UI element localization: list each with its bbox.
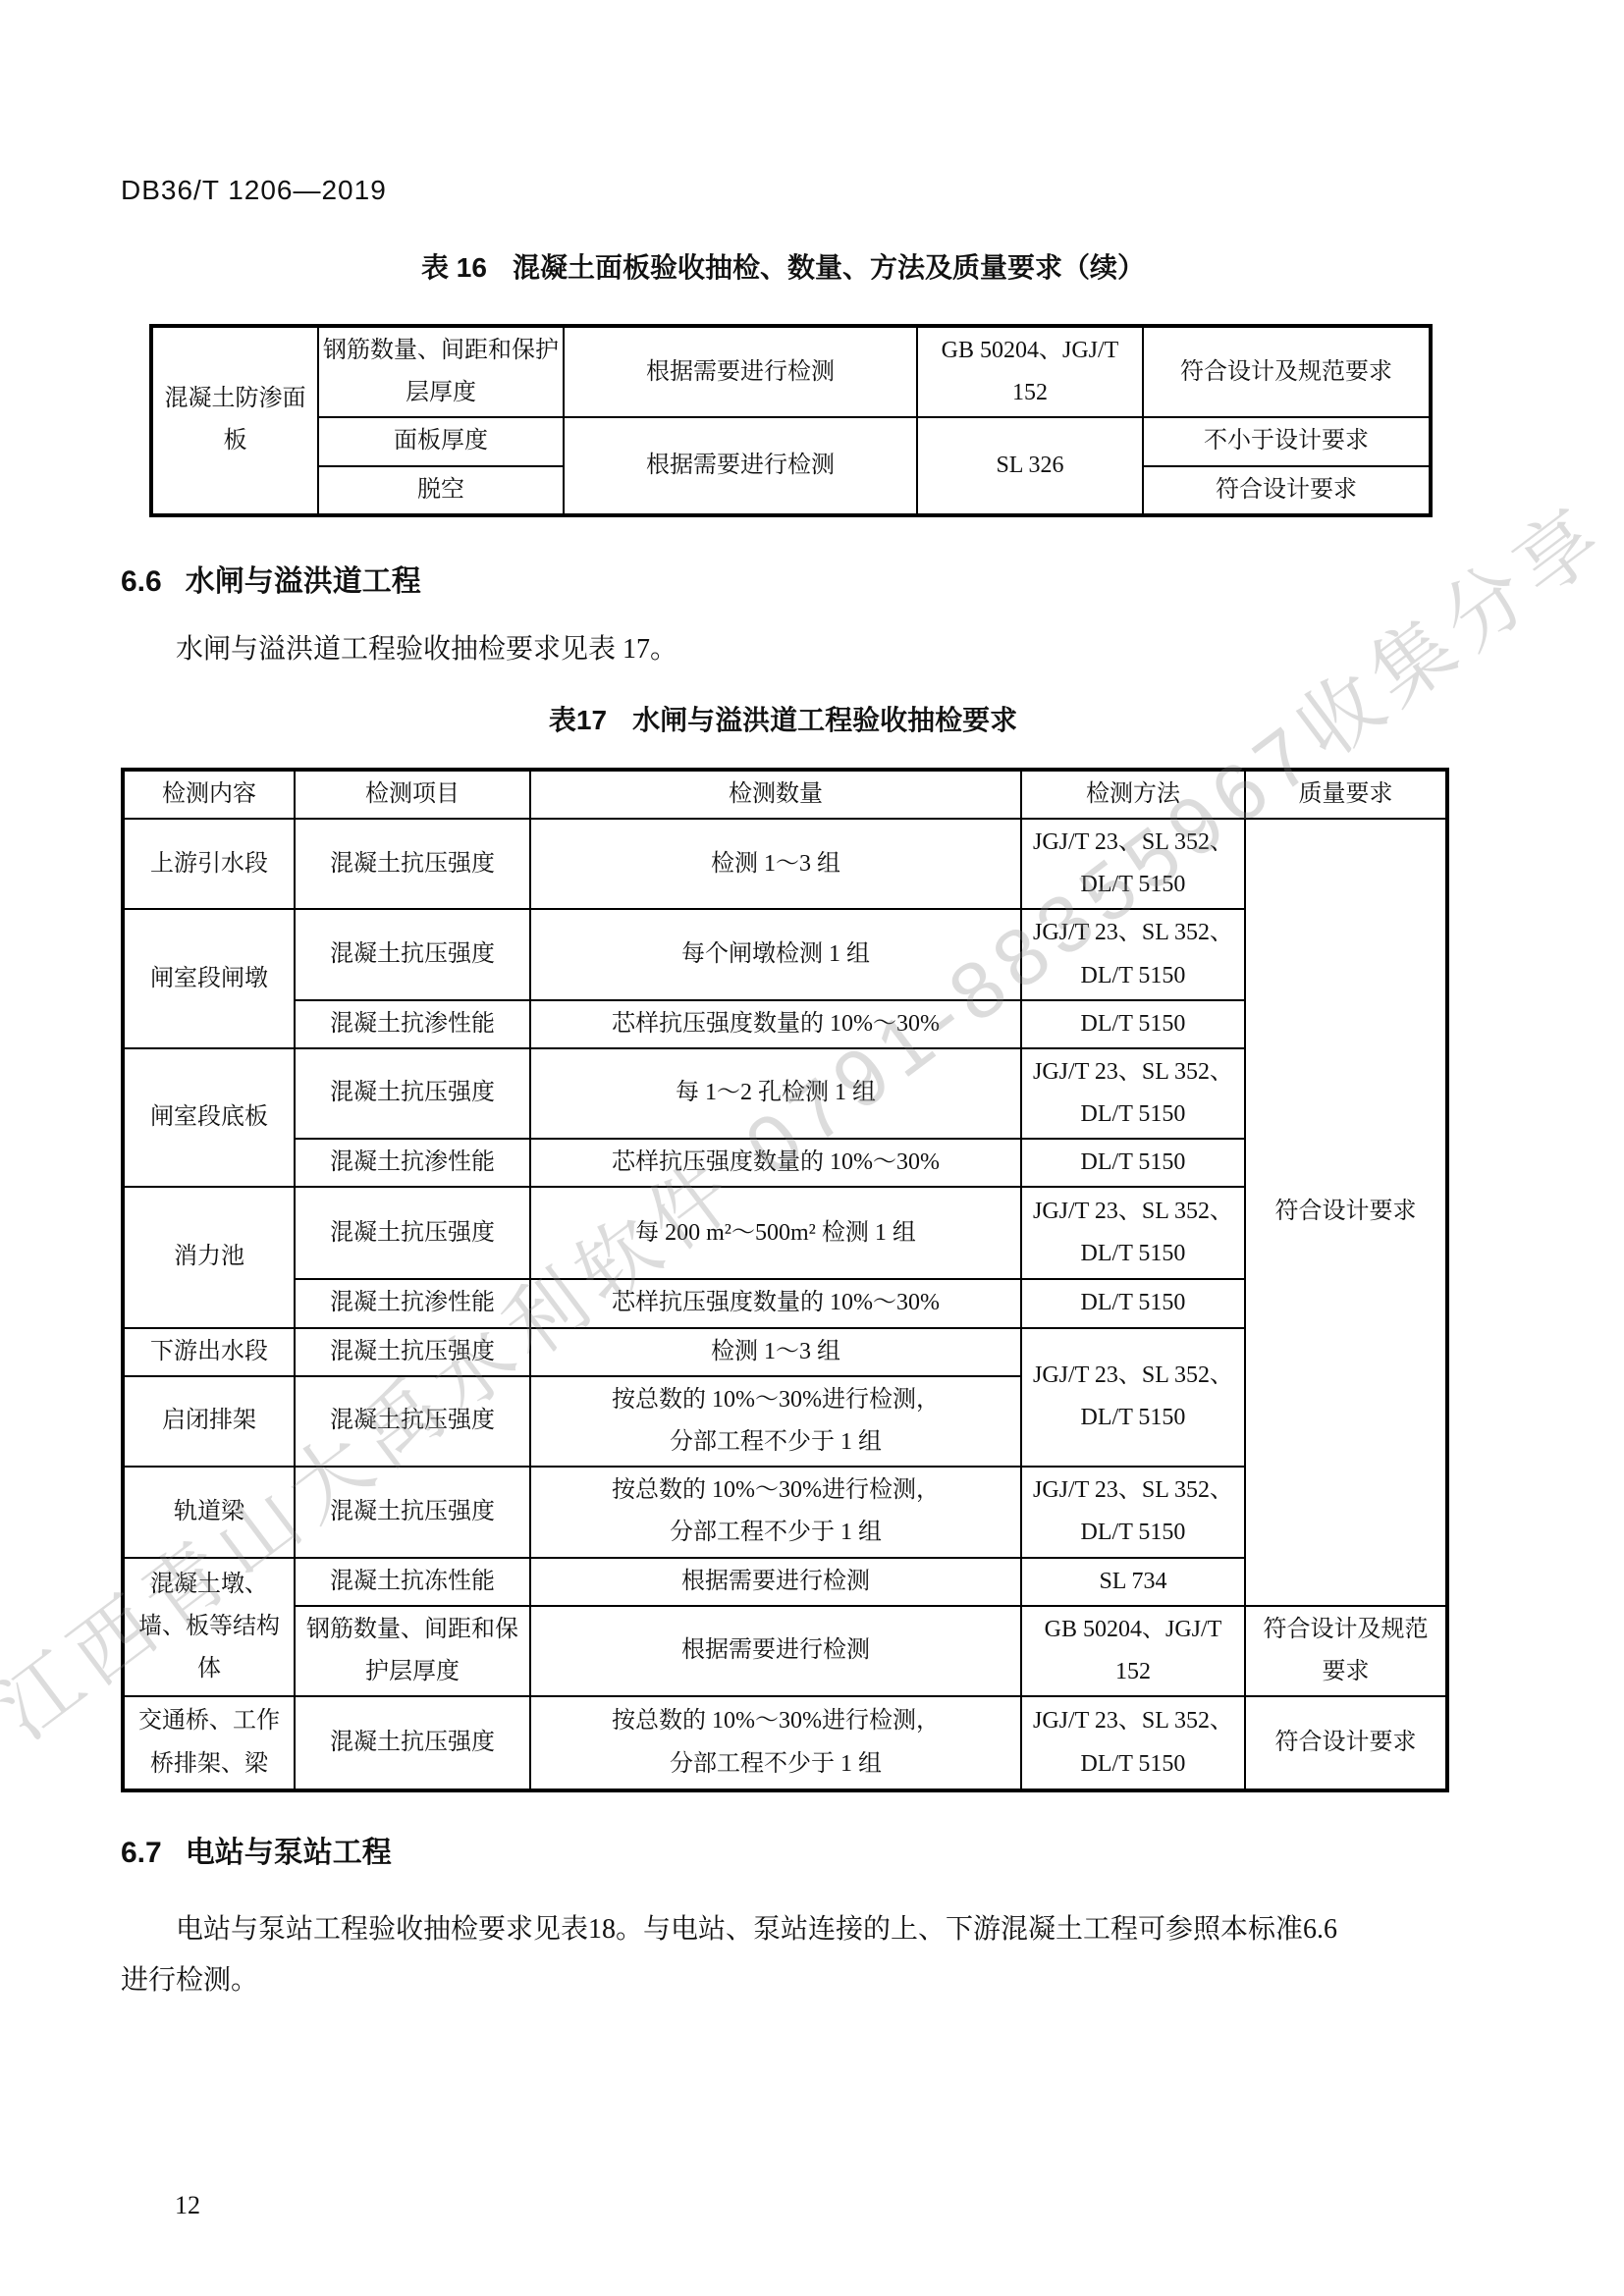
table-cell: 每 200 m²～500m² 检测 1 组 (530, 1187, 1021, 1279)
table-cell: 每个闸墩检测 1 组 (530, 909, 1021, 999)
table-cell: 根据需要进行检测 (530, 1558, 1021, 1606)
table17: 检测内容 检测项目 检测数量 检测方法 质量要求 上游引水段 混凝土抗压强度 检… (121, 768, 1449, 1792)
table17-label: 表17 (549, 705, 607, 735)
table-cell: DL/T 5150 (1021, 1000, 1245, 1048)
section-title: 水闸与溢洪道工程 (186, 565, 421, 598)
table16-title-text: 混凝土面板验收抽检、数量、方法及质量要求（续） (513, 252, 1145, 283)
column-header: 质量要求 (1245, 770, 1447, 819)
table16: 混凝土防渗面板 钢筋数量、间距和保护层厚度 根据需要进行检测 GB 50204、… (149, 324, 1433, 517)
table-cell: 根据需要进行检测 (530, 1606, 1021, 1696)
table-cell: SL 734 (1021, 1558, 1245, 1606)
table-cell: 芯样抗压强度数量的 10%～30% (530, 1139, 1021, 1187)
table-cell: JGJ/T 23、SL 352、DL/T 5150 (1021, 1328, 1245, 1468)
paragraph-text: 水闸与溢洪道工程验收抽检要求见表 17。 (121, 633, 1445, 667)
table17-title-text: 水闸与溢洪道工程验收抽检要求 (632, 705, 1017, 735)
cell-line: 分部工程不少于 1 组 (535, 1421, 1016, 1464)
table-cell: JGJ/T 23、SL 352、DL/T 5150 (1021, 1696, 1245, 1790)
table-cell: GB 50204、JGJ/T 152 (917, 326, 1143, 417)
table-cell: 按总数的 10%～30%进行检测， 分部工程不少于 1 组 (530, 1467, 1021, 1557)
table-cell: SL 326 (917, 417, 1143, 514)
table-cell: 上游引水段 (123, 819, 295, 909)
table-cell: GB 50204、JGJ/T 152 (1021, 1606, 1245, 1696)
page-content: DB36/T 1206—2019 表 16混凝土面板验收抽检、数量、方法及质量要… (0, 0, 1624, 2220)
table-cell: 钢筋数量、间距和保护层厚度 (318, 326, 564, 417)
table-row: 交通桥、工作桥排架、梁 混凝土抗压强度 按总数的 10%～30%进行检测， 分部… (123, 1696, 1447, 1790)
table-cell: 符合设计要求 (1143, 466, 1431, 515)
table-cell: 混凝土墩、墙、板等结构体 (123, 1558, 295, 1697)
table-cell: 脱空 (318, 466, 564, 515)
standard-number-header: DB36/T 1206—2019 (121, 177, 1445, 204)
cell-line: 要求 (1250, 1651, 1441, 1693)
table-row: 面板厚度 根据需要进行检测 SL 326 不小于设计要求 (151, 417, 1431, 465)
table-cell: 混凝土抗压强度 (295, 1048, 530, 1139)
section-title: 电站与泵站工程 (186, 1837, 392, 1869)
table-cell: 不小于设计要求 (1143, 417, 1431, 465)
table-cell: DL/T 5150 (1021, 1279, 1245, 1327)
table-cell: 混凝土抗压强度 (295, 1696, 530, 1790)
table-cell: 混凝土抗渗性能 (295, 1139, 530, 1187)
cell-line: 按总数的 10%～30%进行检测， (535, 1379, 1016, 1421)
column-header: 检测项目 (295, 770, 530, 819)
table-cell: 混凝土抗压强度 (295, 819, 530, 909)
table-cell: DL/T 5150 (1021, 1139, 1245, 1187)
table-cell: 混凝土抗冻性能 (295, 1558, 530, 1606)
table-cell: 混凝土防渗面板 (151, 326, 318, 515)
document-page: DB36/T 1206—2019 表 16混凝土面板验收抽检、数量、方法及质量要… (0, 0, 1624, 2296)
table-cell: 检测 1～3 组 (530, 1328, 1021, 1376)
table-cell: 每 1～2 孔检测 1 组 (530, 1048, 1021, 1139)
table-cell: 符合设计要求 (1245, 819, 1447, 1606)
cell-line: 分部工程不少于 1 组 (535, 1512, 1016, 1554)
table-cell: 混凝土抗压强度 (295, 1376, 530, 1467)
table-cell: 闸室段闸墩 (123, 909, 295, 1048)
table-cell: 芯样抗压强度数量的 10%～30% (530, 1279, 1021, 1327)
column-header: 检测方法 (1021, 770, 1245, 819)
section-6-6-heading: 6.6水闸与溢洪道工程 (121, 566, 1445, 598)
table-row: 上游引水段 混凝土抗压强度 检测 1～3 组 JGJ/T 23、SL 352、D… (123, 819, 1447, 909)
table-cell: 轨道梁 (123, 1467, 295, 1557)
table-cell: JGJ/T 23、SL 352、DL/T 5150 (1021, 909, 1245, 999)
table-cell: JGJ/T 23、SL 352、DL/T 5150 (1021, 819, 1245, 909)
section-number: 6.7 (121, 1837, 162, 1869)
table-cell: 混凝土抗压强度 (295, 1328, 530, 1376)
table-cell: 下游出水段 (123, 1328, 295, 1376)
table-cell: 消力池 (123, 1187, 295, 1327)
table-cell: 芯样抗压强度数量的 10%～30% (530, 1000, 1021, 1048)
table-cell: 交通桥、工作桥排架、梁 (123, 1696, 295, 1790)
table-cell: 符合设计要求 (1245, 1696, 1447, 1790)
column-header: 检测数量 (530, 770, 1021, 819)
paragraph-6-6: 水闸与溢洪道工程验收抽检要求见表 17。 (121, 633, 1445, 667)
table17-title: 表17水闸与溢洪道工程验收抽检要求 (121, 706, 1445, 735)
cell-line: 符合设计及规范 (1250, 1609, 1441, 1651)
paragraph-line: 进行检测。 (121, 1955, 1445, 2006)
table-cell: 启闭排架 (123, 1376, 295, 1467)
cell-line: 按总数的 10%～30%进行检测， (535, 1700, 1016, 1742)
table-cell: 按总数的 10%～30%进行检测， 分部工程不少于 1 组 (530, 1376, 1021, 1467)
column-header: 检测内容 (123, 770, 295, 819)
section-6-7-heading: 6.7电站与泵站工程 (121, 1838, 1445, 1869)
table-cell: 符合设计及规范 要求 (1245, 1606, 1447, 1696)
cell-line: 分部工程不少于 1 组 (535, 1743, 1016, 1786)
table-cell: 按总数的 10%～30%进行检测， 分部工程不少于 1 组 (530, 1696, 1021, 1790)
table-row: 混凝土防渗面板 钢筋数量、间距和保护层厚度 根据需要进行检测 GB 50204、… (151, 326, 1431, 417)
table-cell: 混凝土抗渗性能 (295, 1000, 530, 1048)
table-cell: JGJ/T 23、SL 352、DL/T 5150 (1021, 1048, 1245, 1139)
table-header-row: 检测内容 检测项目 检测数量 检测方法 质量要求 (123, 770, 1447, 819)
table-cell: 面板厚度 (318, 417, 564, 465)
table-cell: 混凝土抗压强度 (295, 1467, 530, 1557)
table-cell: 钢筋数量、间距和保护层厚度 (295, 1606, 530, 1696)
table-cell: 根据需要进行检测 (564, 417, 917, 514)
paragraph-line: 电站与泵站工程验收抽检要求见表18。与电站、泵站连接的上、下游混凝土工程可参照本… (121, 1904, 1445, 1955)
table-cell: 符合设计及规范要求 (1143, 326, 1431, 417)
table-cell: JGJ/T 23、SL 352、DL/T 5150 (1021, 1187, 1245, 1279)
cell-line: 按总数的 10%～30%进行检测， (535, 1469, 1016, 1512)
paragraph-6-7: 电站与泵站工程验收抽检要求见表18。与电站、泵站连接的上、下游混凝土工程可参照本… (121, 1904, 1445, 2006)
page-number: 12 (175, 2191, 1445, 2220)
table-cell: 根据需要进行检测 (564, 326, 917, 417)
table16-label: 表 16 (421, 252, 487, 283)
table-cell: 闸室段底板 (123, 1048, 295, 1188)
table-cell: JGJ/T 23、SL 352、DL/T 5150 (1021, 1467, 1245, 1557)
table-cell: 混凝土抗压强度 (295, 909, 530, 999)
table-cell: 检测 1～3 组 (530, 819, 1021, 909)
table16-title: 表 16混凝土面板验收抽检、数量、方法及质量要求（续） (121, 253, 1445, 283)
section-number: 6.6 (121, 565, 162, 598)
table-row: 钢筋数量、间距和保护层厚度 根据需要进行检测 GB 50204、JGJ/T 15… (123, 1606, 1447, 1696)
table-cell: 混凝土抗渗性能 (295, 1279, 530, 1327)
table-cell: 混凝土抗压强度 (295, 1187, 530, 1279)
